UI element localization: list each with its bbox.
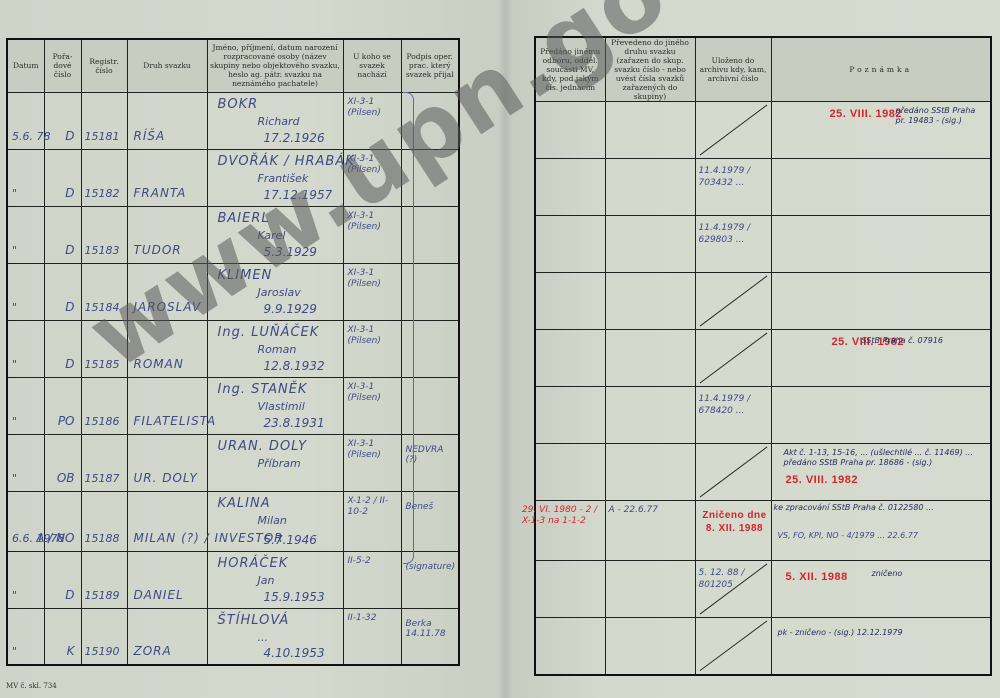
poznamka-cell: 25. VIII. 1982předáno SStB Praha pr. 194… xyxy=(771,102,991,159)
ulozeno-text: 11.4.1979 / 703432 ... xyxy=(699,165,771,189)
poradove-text: OB xyxy=(57,471,75,485)
registr-cell: 15187 xyxy=(81,434,127,491)
ulozeno-cell xyxy=(695,273,771,330)
osoba-first-text: Richard xyxy=(258,115,300,128)
table-row: "K15190ZORAŠTÍHLOVÁ...4.10.1953II-1-32Be… xyxy=(7,608,459,665)
table-row: "OB15187UR. DOLYURAN. DOLYPříbramXI-3-1 … xyxy=(7,434,459,491)
left-ledger-table: Datum Pořa-dové číslo Registr. číslo Dru… xyxy=(6,38,460,666)
datum-text: " xyxy=(12,589,17,602)
u-koho-cell: XI-3-1 (Pilsen) xyxy=(343,206,401,263)
osoba-name-text: BAIERL xyxy=(218,211,270,226)
poznamka-secondary-text: VS, FO, KPI, NO - 4/1979 ... 22.6.77 xyxy=(778,531,988,541)
poznamka-text: Akt č. 1-13, 15-16, ... (ušlechtilé ... … xyxy=(784,448,984,468)
druh-cell: TUDOR xyxy=(127,206,207,263)
poznamka-cell xyxy=(771,273,991,330)
osoba-name-text: KLIMEN xyxy=(218,268,273,283)
u-koho-cell: XI-3-1 (Pilsen) xyxy=(343,92,401,149)
druh-text: RÍŠA xyxy=(134,129,166,143)
druh-text: ROMAN xyxy=(134,357,184,371)
registr-text: 15187 xyxy=(85,472,120,485)
poznamka-cell: 5. XII. 1988zničeno xyxy=(771,561,991,618)
osoba-cell: HORÁČEKJan15.9.1953 xyxy=(207,551,343,608)
datum-cell: " xyxy=(7,434,44,491)
prevedeno-cell: A - 22.6.77 xyxy=(605,501,695,561)
poradove-text: D xyxy=(65,243,74,257)
poradove-text: PO xyxy=(58,414,75,428)
registr-cell: 15183 xyxy=(81,206,127,263)
vertical-signature xyxy=(403,92,414,564)
poznamka-cell: ke zpracování SStB Praha č. 0122580 ...V… xyxy=(771,501,991,561)
osoba-first-text: Jan xyxy=(258,574,275,587)
ulozeno-cell xyxy=(695,444,771,501)
datum-text: " xyxy=(12,472,17,485)
osoba-first-text: František xyxy=(258,172,309,185)
predano-cell xyxy=(535,444,605,501)
poradove-cell: OB xyxy=(44,434,81,491)
predano-cell xyxy=(535,216,605,273)
datum-text: " xyxy=(12,358,17,371)
registr-cell: 15190 xyxy=(81,608,127,665)
ulozeno-text: 11.4.1979 / 678420 ... xyxy=(699,393,771,417)
druh-text: ZORA xyxy=(134,644,172,658)
table-row: 11.4.1979 / 678420 ... xyxy=(535,387,991,444)
poznamka-cell xyxy=(771,216,991,273)
registr-cell: 15188 xyxy=(81,491,127,551)
u-koho-text: X-1-2 / II-10-2 xyxy=(348,496,398,518)
predano-cell xyxy=(535,159,605,216)
registr-text: 15188 xyxy=(85,532,120,545)
poradove-cell: D xyxy=(44,320,81,377)
poradove-cell: D xyxy=(44,149,81,206)
ulozeno-cell: 11.4.1979 / 629803 ... xyxy=(695,216,771,273)
poznamka-text: SStB Praha č. 07916 xyxy=(862,336,972,346)
ulozeno-cell: 11.4.1979 / 678420 ... xyxy=(695,387,771,444)
u-koho-cell: XI-3-1 (Pilsen) xyxy=(343,320,401,377)
u-koho-cell: II-1-32 xyxy=(343,608,401,665)
osoba-cell: ŠTÍHLOVÁ...4.10.1953 xyxy=(207,608,343,665)
u-koho-text: XI-3-1 (Pilsen) xyxy=(348,97,398,119)
table-row: "D15184JAROSLAVKLIMENJaroslav9.9.1929XI-… xyxy=(7,263,459,320)
poradove-text: D xyxy=(65,588,74,602)
strike-diagonal xyxy=(696,273,771,329)
date-stamp: 25. VIII. 1982 xyxy=(786,474,858,486)
table-row: 5.6. 78D15181RÍŠABOKRRichard17.2.1926XI-… xyxy=(7,92,459,149)
osoba-cell: Ing. STANĚKVlastimil23.8.1931 xyxy=(207,377,343,434)
datum-cell: " xyxy=(7,263,44,320)
strike-diagonal xyxy=(696,330,771,386)
osoba-name-text: URAN. DOLY xyxy=(218,439,308,454)
druh-cell: FRANTA xyxy=(127,149,207,206)
header-poznamka: Poznámka xyxy=(771,37,991,102)
druh-cell: FILATELISTA xyxy=(127,377,207,434)
header-u-koho: U koho se svazek nachází xyxy=(343,39,401,92)
u-koho-text: II-1-32 xyxy=(348,613,398,624)
predano-cell xyxy=(535,618,605,675)
table-row: 25. VIII. 1982Akt č. 1-13, 15-16, ... (u… xyxy=(535,444,991,501)
predano-cell xyxy=(535,273,605,330)
poznamka-cell xyxy=(771,159,991,216)
datum-cell: " xyxy=(7,608,44,665)
right-ledger-table: Předáno jinému odboru, odděl. součásti M… xyxy=(534,36,992,676)
osoba-cell: BOKRRichard17.2.1926 xyxy=(207,92,343,149)
datum-text: " xyxy=(12,301,17,314)
registr-text: 15183 xyxy=(85,244,120,257)
poradove-cell: K xyxy=(44,608,81,665)
prevedeno-cell xyxy=(605,618,695,675)
book-gutter xyxy=(498,0,512,698)
strike-diagonal xyxy=(696,444,771,500)
datum-text: " xyxy=(12,645,17,658)
osoba-dob-text: 17.2.1926 xyxy=(264,131,325,145)
prevedeno-text: A - 22.6.77 xyxy=(609,505,658,515)
destroyed-stamp: Zničeno dne 8. XII. 1988 xyxy=(700,509,770,535)
druh-text: FRANTA xyxy=(134,186,187,200)
prevedeno-cell xyxy=(605,216,695,273)
header-row: Datum Pořa-dové číslo Registr. číslo Dru… xyxy=(7,39,459,92)
poradove-cell: A / NO xyxy=(44,491,81,551)
registr-text: 15190 xyxy=(85,645,120,658)
druh-cell: MILAN (?) / INVESTOR xyxy=(127,491,207,551)
u-koho-cell: XI-3-1 (Pilsen) xyxy=(343,377,401,434)
osoba-name-text: ŠTÍHLOVÁ xyxy=(218,613,290,628)
osoba-first-text: ... xyxy=(258,631,269,644)
table-row: "D15189DANIELHORÁČEKJan15.9.1953II-5-2(s… xyxy=(7,551,459,608)
druh-text: FILATELISTA xyxy=(134,414,217,428)
osoba-name-text: BOKR xyxy=(218,97,259,112)
osoba-dob-text: 5.7.1946 xyxy=(264,533,317,547)
datum-cell: " xyxy=(7,320,44,377)
u-koho-text: XI-3-1 (Pilsen) xyxy=(348,439,398,461)
poradove-text: A / NO xyxy=(36,531,74,545)
table-row xyxy=(535,273,991,330)
druh-text: UR. DOLY xyxy=(134,471,198,485)
datum-cell: 5.6. 78 xyxy=(7,92,44,149)
table-row: 25. VIII. 1982SStB Praha č. 07916 xyxy=(535,330,991,387)
osoba-first-text: Příbram xyxy=(258,457,301,470)
poradove-cell: D xyxy=(44,263,81,320)
header-prevedeno: Převedeno do jiného druhu svazku (zařaze… xyxy=(605,37,695,102)
osoba-dob-text: 5.3.1929 xyxy=(264,245,317,259)
poznamka-text: předáno SStB Praha pr. 19483 - (sig.) xyxy=(896,106,988,126)
osoba-dob-text: 15.9.1953 xyxy=(264,590,325,604)
prevedeno-cell xyxy=(605,387,695,444)
u-koho-cell: II-5-2 xyxy=(343,551,401,608)
strike-diagonal xyxy=(696,102,771,158)
registr-cell: 15186 xyxy=(81,377,127,434)
ulozeno-cell xyxy=(695,618,771,675)
u-koho-text: II-5-2 xyxy=(348,556,398,567)
poradove-text: K xyxy=(67,644,75,658)
datum-cell: " xyxy=(7,377,44,434)
predano-cell xyxy=(535,102,605,159)
header-predano: Předáno jinému odboru, odděl. součásti M… xyxy=(535,37,605,102)
osoba-cell: KALINAMilan5.7.1946 xyxy=(207,491,343,551)
poradove-cell: PO xyxy=(44,377,81,434)
podpis-cell: Berka 14.11.78 xyxy=(401,608,459,665)
u-koho-cell: XI-3-1 (Pilsen) xyxy=(343,434,401,491)
form-code: MV č. skl. 734 xyxy=(6,682,57,690)
osoba-name-text: Ing. STANĚK xyxy=(218,382,308,397)
poradove-text: D xyxy=(65,186,74,200)
predano-cell xyxy=(535,330,605,387)
osoba-cell: KLIMENJaroslav9.9.1929 xyxy=(207,263,343,320)
osoba-dob-text: 17.12.1957 xyxy=(264,188,333,202)
druh-cell: JAROSLAV xyxy=(127,263,207,320)
osoba-cell: BAIERLKarel5.3.1929 xyxy=(207,206,343,263)
osoba-first-text: Roman xyxy=(258,343,297,356)
druh-cell: ZORA xyxy=(127,608,207,665)
header-registr-cislo: Registr. číslo xyxy=(81,39,127,92)
table-row: "D15183TUDORBAIERLKarel5.3.1929XI-3-1 (P… xyxy=(7,206,459,263)
predano-text: 29. VI. 1980 - 2 / X-1-3 na 1-1-2 xyxy=(522,505,604,527)
ulozeno-cell xyxy=(695,102,771,159)
osoba-first-text: Vlastimil xyxy=(258,400,305,413)
header-druh-svazku: Druh svazku xyxy=(127,39,207,92)
osoba-dob-text: 12.8.1932 xyxy=(264,359,325,373)
datum-text: " xyxy=(12,244,17,257)
ulozeno-cell xyxy=(695,330,771,387)
osoba-first-text: Milan xyxy=(258,514,287,527)
poradove-cell: D xyxy=(44,206,81,263)
podpis-text: Berka 14.11.78 xyxy=(406,619,458,639)
registr-text: 15186 xyxy=(85,415,120,428)
header-row: Předáno jinému odboru, odděl. součásti M… xyxy=(535,37,991,102)
poradove-text: D xyxy=(65,300,74,314)
date-stamp: 25. VIII. 1982 xyxy=(830,108,902,120)
table-row: "D15185ROMANIng. LUŇÁČEKRoman12.8.1932XI… xyxy=(7,320,459,377)
poznamka-cell: 25. VIII. 1982SStB Praha č. 07916 xyxy=(771,330,991,387)
registr-cell: 15189 xyxy=(81,551,127,608)
registr-cell: 15185 xyxy=(81,320,127,377)
u-koho-cell: XI-3-1 (Pilsen) xyxy=(343,263,401,320)
ulozeno-cell: Zničeno dne 8. XII. 1988 xyxy=(695,501,771,561)
u-koho-cell: X-1-2 / II-10-2 xyxy=(343,491,401,551)
header-podpis: Podpis oper. prac. který svazek přijal xyxy=(401,39,459,92)
registr-cell: 15182 xyxy=(81,149,127,206)
table-row: 29. VI. 1980 - 2 / X-1-3 na 1-1-2A - 22.… xyxy=(535,501,991,561)
u-koho-text: XI-3-1 (Pilsen) xyxy=(348,382,398,404)
table-row: pk - zničeno - (sig.) 12.12.1979 xyxy=(535,618,991,675)
druh-cell: ROMAN xyxy=(127,320,207,377)
datum-text: " xyxy=(12,187,17,200)
poradove-text: D xyxy=(65,357,74,371)
date-stamp: 5. XII. 1988 xyxy=(786,571,848,583)
ulozeno-text: 11.4.1979 / 629803 ... xyxy=(699,222,771,246)
header-poradove-cislo: Pořa-dové číslo xyxy=(44,39,81,92)
osoba-name-text: HORÁČEK xyxy=(218,556,289,571)
predano-cell: 29. VI. 1980 - 2 / X-1-3 na 1-1-2 xyxy=(535,501,605,561)
registr-text: 15181 xyxy=(85,130,120,143)
table-row: 11.4.1979 / 703432 ... xyxy=(535,159,991,216)
prevedeno-cell xyxy=(605,102,695,159)
header-ulozeno: Uloženo do archivu kdy, kam, archivní čí… xyxy=(695,37,771,102)
u-koho-text: XI-3-1 (Pilsen) xyxy=(348,154,398,176)
registr-cell: 15184 xyxy=(81,263,127,320)
header-jmeno-prijmeni: Jméno, příjmení, datum narození rozpraco… xyxy=(207,39,343,92)
osoba-dob-text: 9.9.1929 xyxy=(264,302,317,316)
datum-cell: " xyxy=(7,149,44,206)
osoba-cell: URAN. DOLYPříbram xyxy=(207,434,343,491)
prevedeno-cell xyxy=(605,273,695,330)
u-koho-text: XI-3-1 (Pilsen) xyxy=(348,325,398,347)
predano-cell xyxy=(535,561,605,618)
poznamka-text: zničeno xyxy=(872,569,962,579)
podpis-text: (signature) xyxy=(406,562,458,572)
table-row: 25. VIII. 1982předáno SStB Praha pr. 194… xyxy=(535,102,991,159)
osoba-cell: Ing. LUŇÁČEKRoman12.8.1932 xyxy=(207,320,343,377)
registr-text: 15185 xyxy=(85,358,120,371)
poznamka-cell: 25. VIII. 1982Akt č. 1-13, 15-16, ... (u… xyxy=(771,444,991,501)
druh-cell: RÍŠA xyxy=(127,92,207,149)
poradove-cell: D xyxy=(44,551,81,608)
strike-diagonal xyxy=(696,618,771,674)
osoba-name-text: KALINA xyxy=(218,496,271,511)
prevedeno-cell xyxy=(605,330,695,387)
u-koho-text: XI-3-1 (Pilsen) xyxy=(348,211,398,233)
osoba-first-text: Karel xyxy=(258,229,286,242)
prevedeno-cell xyxy=(605,444,695,501)
registr-cell: 15181 xyxy=(81,92,127,149)
poradove-text: D xyxy=(65,129,74,143)
ulozeno-cell: 5. 12. 88 / 801205 xyxy=(695,561,771,618)
prevedeno-cell xyxy=(605,561,695,618)
registr-text: 15184 xyxy=(85,301,120,314)
ulozeno-cell: 11.4.1979 / 703432 ... xyxy=(695,159,771,216)
table-row: "D15182FRANTADVOŘÁK / HRABÁKFrantišek17.… xyxy=(7,149,459,206)
datum-cell: " xyxy=(7,206,44,263)
table-row: "PO15186FILATELISTAIng. STANĚKVlastimil2… xyxy=(7,377,459,434)
poznamka-cell xyxy=(771,387,991,444)
osoba-cell: DVOŘÁK / HRABÁKFrantišek17.12.1957 xyxy=(207,149,343,206)
osoba-dob-text: 23.8.1931 xyxy=(264,416,325,430)
datum-cell: " xyxy=(7,551,44,608)
druh-text: TUDOR xyxy=(134,243,182,257)
poznamka-text: pk - zničeno - (sig.) 12.12.1979 xyxy=(778,628,938,638)
predano-cell xyxy=(535,387,605,444)
registr-text: 15182 xyxy=(85,187,120,200)
druh-text: JAROSLAV xyxy=(134,300,202,314)
druh-cell: DANIEL xyxy=(127,551,207,608)
header-datum: Datum xyxy=(7,39,44,92)
osoba-first-text: Jaroslav xyxy=(258,286,301,299)
table-row: 5. 12. 88 / 8012055. XII. 1988zničeno xyxy=(535,561,991,618)
ulozeno-text: 5. 12. 88 / 801205 xyxy=(699,567,771,591)
prevedeno-cell xyxy=(605,159,695,216)
table-row: 6.6. 1978A / NO15188MILAN (?) / INVESTOR… xyxy=(7,491,459,551)
poradove-cell: D xyxy=(44,92,81,149)
poznamka-text: ke zpracování SStB Praha č. 0122580 ... xyxy=(774,503,988,513)
u-koho-text: XI-3-1 (Pilsen) xyxy=(348,268,398,290)
datum-text: " xyxy=(12,415,17,428)
osoba-name-text: DVOŘÁK / HRABÁK xyxy=(218,154,355,169)
u-koho-cell: XI-3-1 (Pilsen) xyxy=(343,149,401,206)
druh-text: DANIEL xyxy=(134,588,184,602)
registr-text: 15189 xyxy=(85,589,120,602)
druh-cell: UR. DOLY xyxy=(127,434,207,491)
poznamka-cell: pk - zničeno - (sig.) 12.12.1979 xyxy=(771,618,991,675)
osoba-name-text: Ing. LUŇÁČEK xyxy=(218,325,320,340)
osoba-dob-text: 4.10.1953 xyxy=(264,646,325,660)
table-row: 11.4.1979 / 629803 ... xyxy=(535,216,991,273)
